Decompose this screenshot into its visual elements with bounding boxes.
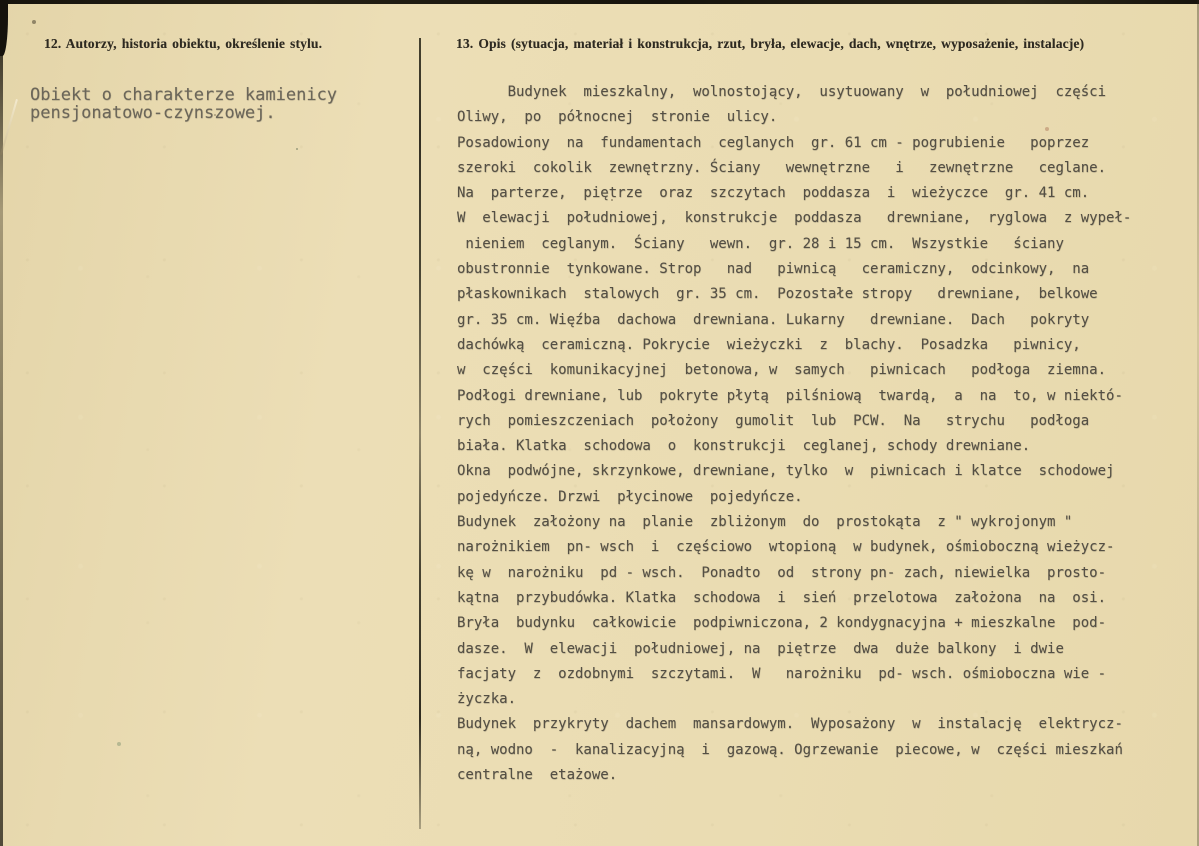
typed-line: dasze. W elewacji południowej, na piętrz…: [457, 637, 1131, 662]
typed-line: narożnikiem pn- wsch i częściowo wtopion…: [457, 535, 1131, 560]
section-13-heading: 13. Opis (sytuacja, materiał i konstrukc…: [456, 36, 1084, 52]
scan-edge-top: [0, 0, 1199, 4]
typed-line: centralne etażowe.: [457, 763, 1131, 788]
section-12-typed-text: Obiekt o charakterze kamienicypensjonato…: [30, 87, 337, 122]
typed-line: Posadowiony na fundamentach ceglanych gr…: [457, 131, 1131, 156]
typed-line: ną, wodno - kanalizacyjną i gazową. Ogrz…: [457, 738, 1131, 763]
scan-edge-left: [0, 0, 3, 846]
typed-line: Okna podwójne, skrzynkowe, drewniane, ty…: [457, 459, 1131, 484]
typed-line: obustronnie tynkowane. Strop nad piwnicą…: [457, 257, 1131, 282]
typed-line: Budynek założony na planie zbliżonym do …: [457, 510, 1131, 535]
scan-corner-mark: [0, 0, 8, 56]
typed-line: rych pomieszczeniach położony gumolit lu…: [457, 409, 1131, 434]
typed-line: Podłogi drewniane, lub pokryte płytą pil…: [457, 384, 1131, 409]
scan-edge-bottom: [0, 841, 1199, 846]
typed-line: gr. 35 cm. Więźba dachowa drewniana. Luk…: [457, 308, 1131, 333]
typed-line: życzka.: [457, 687, 1131, 712]
typed-line: facjaty z ozdobnymi szczytami. W narożni…: [457, 662, 1131, 687]
typed-line: Obiekt o charakterze kamienicy: [30, 87, 337, 105]
column-divider-line: [419, 38, 421, 829]
typed-line: dachówką ceramiczną. Pokrycie wieżyczki …: [457, 333, 1131, 358]
typed-line: Budynek mieszkalny, wolnostojący, usytuo…: [457, 80, 1131, 105]
scanned-document-page: { "document": { "type": "scanned heritag…: [0, 0, 1199, 846]
typed-line: w części komunikacyjnej betonowa, w samy…: [457, 358, 1131, 383]
section-13-typed-text: Budynek mieszkalny, wolnostojący, usytuo…: [457, 80, 1131, 788]
typed-line: Budynek przykryty dachem mansardowym. Wy…: [457, 712, 1131, 737]
typed-line: Na parterze, piętrze oraz szczytach podd…: [457, 181, 1131, 206]
typed-line: kę w narożniku pd - wsch. Ponadto od str…: [457, 561, 1131, 586]
scan-dirt-specks: [0, 0, 2, 2]
typed-line: biała. Klatka schodowa o konstrukcji ceg…: [457, 434, 1131, 459]
typed-line: W elewacji południowej, konstrukcje podd…: [457, 206, 1131, 231]
typed-line: nieniem ceglanym. Ściany wewn. gr. 28 i …: [457, 232, 1131, 257]
typed-line: Bryła budynku całkowicie podpiwniczona, …: [457, 611, 1131, 636]
typed-line: kątna przybudówka. Klatka schodowa i sie…: [457, 586, 1131, 611]
typed-line: pojedyńcze. Drzwi płycinowe pojedyńcze.: [457, 485, 1131, 510]
typed-line: szeroki cokolik zewnętrzny. Ściany wewnę…: [457, 156, 1131, 181]
typed-line: Oliwy, po północnej stronie ulicy.: [457, 105, 1131, 130]
section-12-heading: 12. Autorzy, historia obiektu, określeni…: [44, 36, 322, 52]
typed-line: pensjonatowo-czynszowej.: [30, 105, 337, 123]
typed-line: płaskownikach stalowych gr. 35 cm. Pozos…: [457, 282, 1131, 307]
